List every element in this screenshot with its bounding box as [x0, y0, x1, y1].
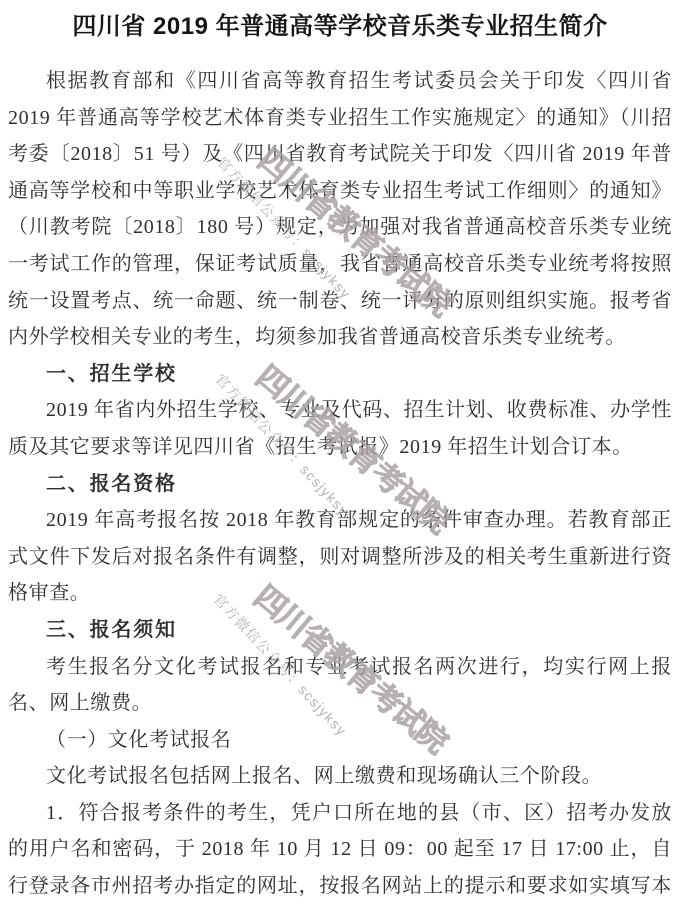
doc-line: 1．符合报考条件的考生，凭户口所在地的县（市、区）招考办发放: [8, 795, 672, 832]
doc-line: （川教考院〔2018〕180 号）规定，为加强对我省普通高校音乐类专业统: [8, 209, 672, 246]
doc-line: 2019 年普通高等学校艺术体育类专业招生工作实施规定〉的通知》（川招: [8, 100, 672, 137]
doc-line: 根据教育部和《四川省高等教育招生考试委员会关于印发〈四川省: [8, 63, 672, 100]
doc-line: （一）文化考试报名: [8, 722, 672, 759]
doc-line: 通高等学校和中等职业学校艺术体育类专业招生考试工作细则〉的通知》: [8, 173, 672, 210]
document-lines: 根据教育部和《四川省高等教育招生考试委员会关于印发〈四川省2019 年普通高等学…: [8, 63, 672, 905]
section-heading: 三、报名须知: [8, 612, 672, 649]
page-title: 四川省 2019 年普通高等学校音乐类专业招生简介: [0, 6, 680, 48]
doc-line: 的用户名和密码，于 2018 年 10 月 12 日 09：00 起至 17 日…: [8, 831, 672, 868]
section-heading: 二、报名资格: [8, 466, 672, 503]
doc-line: 格审查。: [8, 575, 672, 612]
doc-line: 文化考试报名包括网上报名、网上缴费和现场确认三个阶段。: [8, 758, 672, 795]
doc-line: 质及其它要求等详见四川省《招生考试报》2019 年招生计划合订本。: [8, 429, 672, 466]
section-heading: 一、招生学校: [8, 356, 672, 393]
doc-line: 名、网上缴费。: [8, 685, 672, 722]
doc-line: 内外学校相关专业的考生，均须参加我省普通高校音乐类专业统考。: [8, 319, 672, 356]
doc-line: 行登录各市州招考办指定的网址，按报名网站上的提示和要求如实填写本: [8, 868, 672, 905]
doc-line: 2019 年省内外招生学校、专业及代码、招生计划、收费标准、办学性: [8, 392, 672, 429]
doc-line: 考委〔2018〕51 号）及《四川省教育考试院关于印发〈四川省 2019 年普: [8, 136, 672, 173]
document-page: 四川省 2019 年普通高等学校音乐类专业招生简介 根据教育部和《四川省高等教育…: [0, 0, 680, 922]
doc-line: 统一设置考点、统一命题、统一制卷、统一评分的原则组织实施。报考省: [8, 283, 672, 320]
doc-line: 考生报名分文化考试报名和专业考试报名两次进行，均实行网上报: [8, 649, 672, 686]
doc-line: 式文件下发后对报名条件有调整，则对调整所涉及的相关考生重新进行资: [8, 539, 672, 576]
doc-line: 一考试工作的管理，保证考试质量，我省普通高校音乐类专业统考将按照: [8, 246, 672, 283]
doc-line: 2019 年高考报名按 2018 年教育部规定的条件审查办理。若教育部正: [8, 502, 672, 539]
